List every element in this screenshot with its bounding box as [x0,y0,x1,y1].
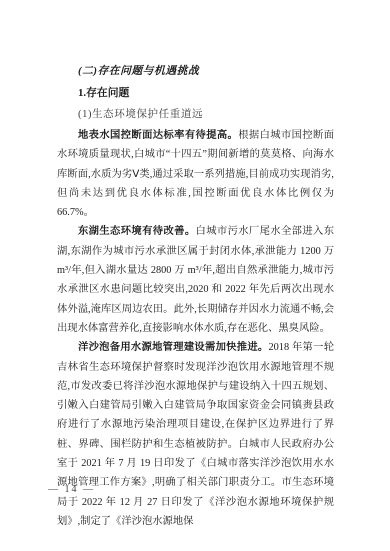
paragraph-lead: 地表水国控断面达标率有待提高。 [78,130,238,141]
paragraph: 洋沙泡备用水源地管理建设需加快推进。2018 年第一轮吉林省生态环境保护督察时发… [57,338,334,531]
page-number: — 14 — [48,484,95,495]
section-heading: (二)存在问题与机遇挑战 [57,60,334,82]
paragraph-lead: 东湖生态环境有待改善。 [78,226,196,237]
sub-heading: 1.存在问题 [57,82,334,104]
paragraph-text: 根据白城市国控断面水环境质量现状,白城市“十四五”期间新增的莫莫格、向海水库断面… [57,130,334,218]
paragraphs-container: 地表水国控断面达标率有待提高。根据白城市国控断面水环境质量现状,白城市“十四五”… [57,126,334,531]
paragraph-text: 2018 年第一轮吉林省生态环境保护督察时发现洋沙泡饮用水源地管理不规范,市发改… [57,342,334,527]
paragraph-lead: 洋沙泡备用水源地管理建设需加快推进。 [78,342,269,353]
document-body: (二)存在问题与机遇挑战 1.存在问题 (1)生态环境保护任重道远 地表水国控断… [57,60,334,531]
item-heading: (1)生态环境保护任重道远 [57,104,334,126]
paragraph-text: 白城市污水厂尾水全部进入东湖,东湖作为城市污水承泄区属于封闭水体,承泄能力 12… [57,226,334,333]
document-page: (二)存在问题与机遇挑战 1.存在问题 (1)生态环境保护任重道远 地表水国控断… [0,0,390,551]
paragraph: 地表水国控断面达标率有待提高。根据白城市国控断面水环境质量现状,白城市“十四五”… [57,126,334,222]
paragraph: 东湖生态环境有待改善。白城市污水厂尾水全部进入东湖,东湖作为城市污水承泄区属于封… [57,222,334,338]
